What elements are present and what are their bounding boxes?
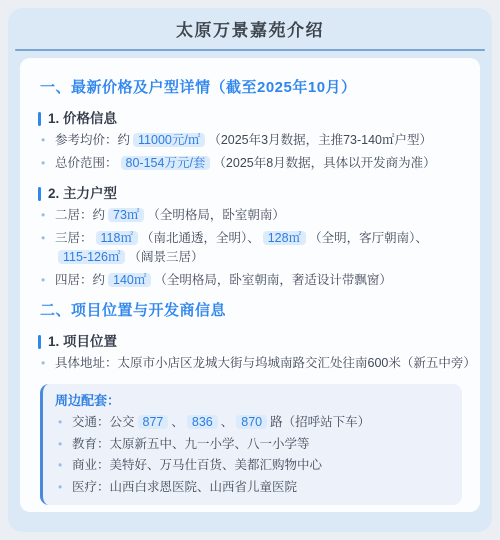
bullet-average-price: 参考均价：约11000元/㎡（2025年3月数据，主推73-140㎡户型） (38, 131, 472, 150)
text-segment: 医疗：山西白求恩医院、山西省儿童医院 (72, 480, 297, 494)
intro-card: 太原万景嘉苑介绍 一、最新价格及户型详情（截至2025年10月） 1. 价格信息… (8, 8, 492, 532)
highlight-chip-area: 140㎡ (108, 273, 151, 287)
bullet-address: 具体地址：太原市小店区龙城大街与坞城南路交汇处往南600米（新五中旁） (38, 354, 472, 373)
text-segment: 、 (171, 415, 184, 429)
highlight-chip-area: 115-126㎡ (58, 250, 125, 264)
bullet-two-bedroom: 二居：约73㎡（全明格局，卧室朝南） (38, 206, 472, 225)
page-title: 太原万景嘉苑介绍 (8, 8, 492, 41)
accent-bar-icon (38, 335, 41, 349)
text-segment: 具体地址：太原市小店区龙城大街与坞城南路交汇处往南600米（新五中旁） (55, 356, 476, 370)
accent-bar-icon (38, 187, 41, 201)
text-segment: 教育：太原新五中、九一小学、八一小学等 (72, 437, 310, 451)
text-segment: 总价范围： (55, 156, 118, 170)
subsection-main-layouts: 2. 主力户型 (38, 186, 472, 202)
highlight-chip-price-range: 80-154万元/套 (121, 156, 211, 170)
bullet-education: 教育：太原新五中、九一小学、八一小学等 (55, 435, 452, 454)
text-segment: 三居： (55, 231, 93, 245)
highlight-chip-unit-price: 11000元/㎡ (133, 133, 205, 147)
highlight-chip-area: 118㎡ (96, 231, 138, 245)
text-segment: 交通：公交 (72, 415, 135, 429)
highlight-chip-bus: 836 (187, 415, 218, 429)
text-segment: （南北通透，全明）、 (141, 231, 260, 245)
bullet-total-price-range: 总价范围：80-154万元/套（2025年8月数据，具体以开发商为准） (38, 154, 472, 173)
content-panel: 一、最新价格及户型详情（截至2025年10月） 1. 价格信息 参考均价：约11… (20, 58, 480, 512)
text-segment: 路（招呼站下车） (270, 415, 370, 429)
text-segment: （阔景三居） (128, 250, 203, 264)
text-segment: （2025年8月数据，具体以开发商为准） (213, 156, 435, 170)
section-heading-price-details: 一、最新价格及户型详情（截至2025年10月） (40, 78, 472, 98)
highlight-chip-bus: 877 (138, 415, 169, 429)
subsection-title: 1. 价格信息 (48, 111, 117, 127)
bullet-transport: 交通：公交877、836、870路（招呼站下车） (55, 413, 452, 432)
text-segment: （全明，客厅朝南）、 (309, 231, 428, 245)
bullet-medical: 医疗：山西白求恩医院、山西省儿童医院 (55, 478, 452, 497)
subsection-price-info: 1. 价格信息 (38, 111, 472, 127)
text-segment: 四居：约 (55, 273, 105, 287)
bullet-three-bedroom: 三居：118㎡（南北通透，全明）、128㎡（全明，客厅朝南）、115-126㎡（… (38, 229, 472, 267)
title-divider (15, 49, 485, 51)
amenities-label: 周边配套： (55, 391, 452, 410)
text-segment: （全明格局，卧室朝南，奢适设计带飘窗） (154, 273, 392, 287)
text-segment: 、 (221, 415, 234, 429)
bullet-four-bedroom: 四居：约140㎡（全明格局，卧室朝南，奢适设计带飘窗） (38, 271, 472, 290)
bullet-commerce: 商业：美特好、万马仕百货、美都汇购物中心 (55, 456, 452, 475)
text-segment: （全明格局，卧室朝南） (147, 208, 285, 222)
highlight-chip-area: 128㎡ (263, 231, 306, 245)
text-segment: （2025年3月数据，主推73-140㎡户型） (208, 133, 432, 147)
text-segment: 参考均价：约 (55, 133, 130, 147)
text-segment: 二居：约 (55, 208, 105, 222)
subsection-title: 1. 项目位置 (48, 334, 117, 350)
highlight-chip-area: 73㎡ (108, 208, 144, 222)
subsection-title: 2. 主力户型 (48, 186, 117, 202)
highlight-chip-bus: 870 (236, 415, 267, 429)
accent-bar-icon (38, 112, 41, 126)
section-heading-location-developer: 二、项目位置与开发商信息 (40, 301, 472, 321)
amenities-box: 周边配套： 交通：公交877、836、870路（招呼站下车） 教育：太原新五中、… (40, 384, 462, 505)
subsection-project-location: 1. 项目位置 (38, 334, 472, 350)
text-segment: 商业：美特好、万马仕百货、美都汇购物中心 (72, 458, 322, 472)
